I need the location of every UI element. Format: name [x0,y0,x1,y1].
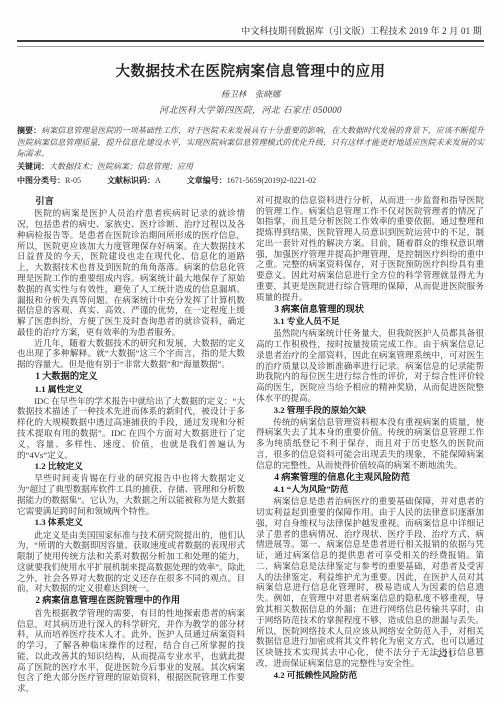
article-id-label: 文章编号： [187,176,227,185]
article-title: 大数据技术在医院病案信息管理中的应用 [17,60,484,81]
subsection-heading: 1.1 属性定义 [17,384,245,395]
subsection-heading: 3.1 专业人员不足 [256,316,484,327]
paragraph: IDC 在早些年的学术报告中就给出了大数据的定义：“大数据技术描述了一种技术先进… [17,396,245,461]
paragraph: 首先根据教学管理的需要，有目的性地探索患者的病案信息，对其病历进行深入的科学研究… [17,608,245,694]
section-heading: 引言 [17,196,245,208]
article-meta-row: 中图分类号：R-05 文献标识码：A 文章编号：1671-5659(2019)2… [17,175,484,186]
page-number: ·221· [434,649,459,659]
clc-label: 中图分类号： [17,176,65,185]
abstract-text: 病案信息管理是医院的一项基础性工作，对于医院未来发展具有十分重要的影响，在大数据… [17,126,484,158]
article-authors: 杨卫林 张晓娜 [17,88,484,100]
paragraph: 早些时间麦肯锡在行业的研究报告中也将大数据定义为“超过了典型数据库软件工具的捕获… [17,473,245,516]
section-heading: 1 大数据的定义 [17,371,245,383]
paragraph: 虽然院内病案统计任务量大，但我院医护人员都具备很高的工作积极性，按时按量按质完成… [256,328,484,403]
article-id-value: 1671-5659(2019)2-0221-02 [227,176,316,185]
article-id-pair: 文章编号：1671-5659(2019)2-0221-02 [187,175,316,186]
subsection-heading: 3.2 管理手段的原始欠缺 [256,405,484,416]
keywords-block: 关键词：大数据技术；医院病案；信息管理；应用 [17,161,484,172]
paragraph: 对可提取的信息资料进行分析，从而进一步监督和指导医院的管理工作。病案信息管理工作… [256,195,484,303]
journal-page: 中文科技期刊数据库（引文版）工程技术 2019 年 2 月 01 期 大数据技术… [0,0,500,707]
section-heading: 3 病案信息管理的现状 [256,304,484,316]
article-affiliation: 河北医科大学第四医院，河北 石家庄 050000 [17,103,484,116]
section-heading: 4 病案管理的信息化主观风险防范 [256,472,484,484]
keywords-text: 大数据技术；医院病案；信息管理；应用 [49,162,193,171]
clc-pair: 中图分类号：R-05 [17,175,81,186]
paragraph: 传统的病案信息管理资料根本没有重视病案的质量，使得病案失去了其本身的重要价值。传… [256,417,484,471]
doc-code-value: A [155,176,161,185]
header-rule [17,40,484,47]
subsection-heading: 4.1 “人为风险”防范 [256,484,484,495]
subsection-heading: 1.2 比较定义 [17,461,245,472]
subsection-heading: 4.2 可抵赖性风险防范 [256,670,484,681]
doc-code-pair: 文献标识码：A [107,175,161,186]
paragraph: 此定义是由美国国家标准与技术研究院提出的，他们认为，“所谓的大数据即因容量、获取… [17,530,245,595]
body-columns: 引言医院的病案是医护人员治疗患者疾病时记录的就诊情况，包括患者的病史、家族史、医… [17,195,484,694]
clc-value: R-05 [65,176,81,185]
paragraph: 病案信息是患者治病医疗的重要基础保障，并对患者的切实利益起到重要的保障作用。由于… [256,496,484,669]
abstract-label: 摘要： [17,126,41,135]
keywords-label: 关键词： [17,162,49,171]
right-column: 对可提取的信息资料进行分析，从而进一步监督和指导医院的管理工作。病案信息管理工作… [256,195,484,694]
paragraph: 近几年，随着大数据技术的研究和发展，大数据的定义也出现了多种解释。就“大数据”这… [17,338,245,370]
abstract-block: 摘要：病案信息管理是医院的一项基础性工作，对于医院未来发展具有十分重要的影响，在… [17,125,484,160]
left-column: 引言医院的病案是医护人员治疗患者疾病时记录的就诊情况，包括患者的病史、家族史、医… [17,195,245,694]
section-heading: 2 病案信息管理在医院管理中的作用 [17,595,245,607]
subsection-heading: 1.3 体系定义 [17,517,245,528]
doc-code-label: 文献标识码： [107,176,155,185]
journal-header-line: 中文科技期刊数据库（引文版）工程技术 2019 年 2 月 01 期 [17,24,484,37]
paragraph: 医院的病案是医护人员治疗患者疾病时记录的就诊情况，包括患者的病史、家族史、医疗诊… [17,208,245,337]
